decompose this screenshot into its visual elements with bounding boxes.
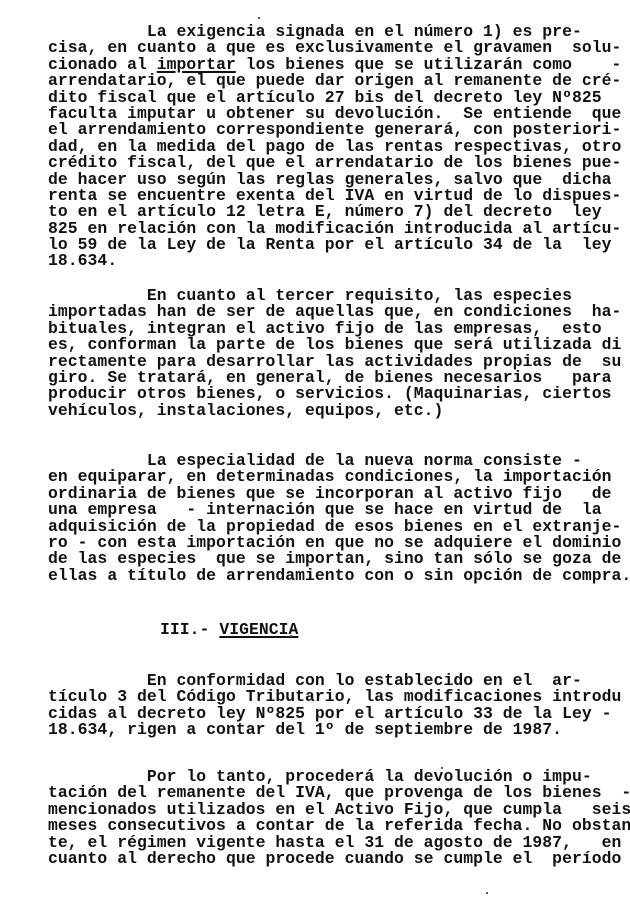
- text-line: 18.634.: [48, 253, 628, 269]
- scan-speck: [258, 17, 260, 19]
- section-number: III.-: [160, 620, 219, 639]
- paragraph-exigencia: La exigencia signada en el número 1) es …: [48, 24, 628, 270]
- scan-speck: [486, 892, 488, 894]
- text-line: cuanto al derecho que procede cuando se …: [48, 851, 628, 867]
- scan-speck: [441, 767, 443, 769]
- scan-speck: [290, 635, 292, 637]
- section-title: VIGENCIA: [219, 620, 298, 639]
- text-line: ellas a título de arrendamiento con o si…: [48, 568, 628, 584]
- text-line: vehículos, instalaciones, equipos, etc.): [48, 403, 628, 419]
- text-line: 18.634, rigen a contar del 1º de septiem…: [48, 722, 628, 738]
- text-line: lo 59 de la Ley de la Renta por el artíc…: [48, 237, 628, 253]
- document-page: La exigencia signada en el número 1) es …: [0, 0, 630, 908]
- paragraph-tercer-requisito: En cuanto al tercer requisito, las espec…: [48, 288, 628, 419]
- paragraph-por-lo-tanto: Por lo tanto, procederá la devolución o …: [48, 769, 628, 867]
- paragraph-conformidad: En conformidad con lo establecido en el …: [48, 673, 628, 739]
- section-heading: III.- VIGENCIA: [160, 622, 298, 638]
- paragraph-especialidad: La especialidad de la nueva norma consis…: [48, 453, 628, 584]
